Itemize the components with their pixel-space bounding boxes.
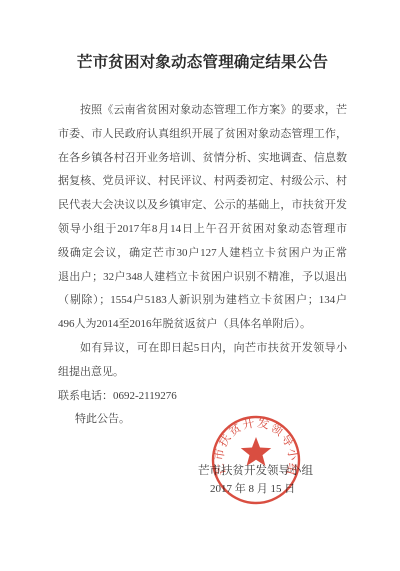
contact-phone-line: 联系电话：0692-2119276 [58, 385, 347, 409]
body-line: 领导小组于2017年8月14日上午召开贫困对象动态管理市 [58, 218, 347, 242]
body-line: 民代表大会决议以及乡镇审定、公示的基础上，市扶贫开发 [58, 194, 347, 218]
body-line: 据复核、党员评议、村民评议、村两委初定、村级公示、村 [58, 170, 347, 194]
red-star-icon [241, 437, 271, 466]
document-title: 芒市贫困对象动态管理确定结果公告 [58, 50, 347, 72]
body-line: 如有异议，可在即日起5日内，向芒市扶贫开发领导小 [58, 337, 347, 361]
announcement-body: 按照《云南省贫困对象动态管理工作方案》的要求，芒 市委、市人民政府认真组织开展了… [58, 99, 347, 432]
body-line: 退出户；32户348人建档立卡贫困户识别不精准，予以退出 [58, 266, 347, 290]
body-line: 组提出意见。 [58, 361, 347, 385]
body-line: 按照《云南省贫困对象动态管理工作方案》的要求，芒 [58, 99, 347, 123]
body-line: 市委、市人民政府认真组织开展了贫困对象动态管理工作， [58, 123, 347, 147]
seal-ring [213, 417, 299, 503]
body-line: 在各乡镇各村召开业务培训、贫情分析、实地调查、信息数 [58, 147, 347, 171]
official-seal: 芒市扶贫开发领导小组 [204, 408, 308, 512]
body-line: 496人为2014至2016年脱贫返贫户（具体名单附后）。 [58, 313, 347, 337]
announcement-document: 芒市贫困对象动态管理确定结果公告 按照《云南省贫困对象动态管理工作方案》的要求，… [0, 0, 400, 571]
body-line: （剔除）；1554户5183人新识别为建档立卡贫困户；134户 [58, 289, 347, 313]
body-line: 级确定会议，确定芒市30户127人建档立卡贫困户为正常 [58, 242, 347, 266]
